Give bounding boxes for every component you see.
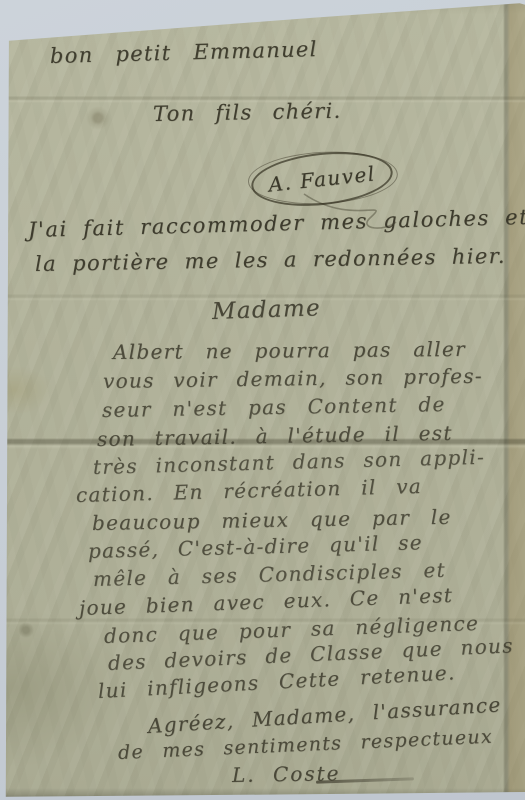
dedication-line-2: Ton fils chéri.: [153, 99, 342, 126]
salutation: Madame: [212, 295, 322, 325]
letter-paper: bon petit Emmanuel Ton fils chéri. A. Fa…: [0, 0, 525, 800]
oval-signature: A. Fauvel: [249, 146, 396, 213]
body-line-1: Albert ne pourra pas aller: [113, 337, 466, 364]
oval-signature-text: A. Fauvel: [267, 161, 376, 196]
note-line-1: J'ai fait raccommoder mes galoches et: [28, 205, 525, 242]
body-line-2: vous voir demain, son profes-: [103, 364, 483, 393]
body-line-8: passé, C'est-à-dire qu'il se: [88, 530, 423, 563]
note-line-2: la portière me les a redonnées hier.: [35, 244, 506, 276]
dedication-line: bon petit Emmanuel: [50, 37, 318, 68]
photo-background: bon petit Emmanuel Ton fils chéri. A. Fa…: [0, 0, 525, 800]
body-line-6: cation. En récréation il va: [76, 474, 423, 507]
body-line-3: seur n'est pas Content de: [102, 392, 446, 422]
